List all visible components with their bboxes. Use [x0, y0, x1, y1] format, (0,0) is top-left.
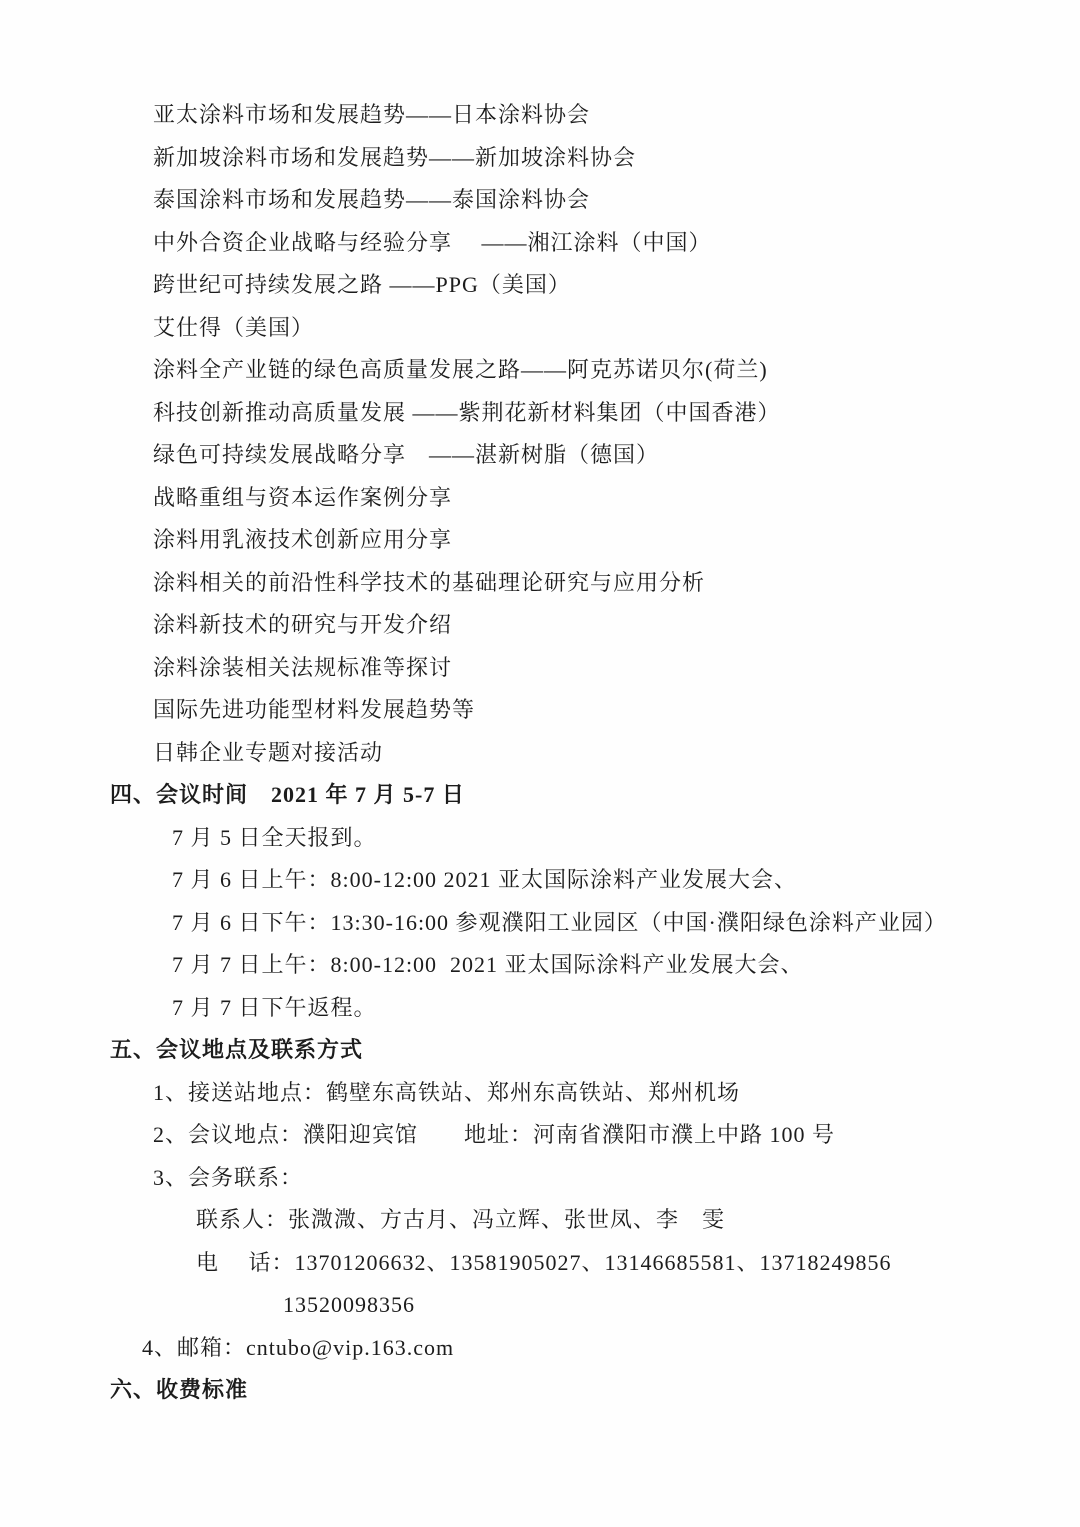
topic-line: 国际先进功能型材料发展趋势等 [0, 689, 1080, 732]
topic-line: 涂料全产业链的绿色高质量发展之路——阿克苏诺贝尔(荷兰) [0, 349, 1080, 392]
topic-line: 日韩企业专题对接活动 [0, 732, 1080, 775]
schedule-line: 7 月 6 日下午：13:30-16:00 参观濮阳工业园区（中国·濮阳绿色涂料… [0, 902, 1080, 945]
schedule-line: 7 月 7 日下午返程。 [0, 987, 1080, 1030]
document-content: 亚太涂料市场和发展趋势——日本涂料协会 新加坡涂料市场和发展趋势——新加坡涂料协… [0, 0, 1080, 1412]
topic-line: 跨世纪可持续发展之路 ——PPG（美国） [0, 264, 1080, 307]
topic-line: 涂料涂装相关法规标准等探讨 [0, 647, 1080, 690]
topic-line: 绿色可持续发展战略分享 ——湛新树脂（德国） [0, 434, 1080, 477]
section4-heading: 四、会议时间 2021 年 7 月 5-7 日 [0, 774, 1080, 817]
topic-line: 艾仕得（美国） [0, 307, 1080, 350]
venue-item: 2、会议地点：濮阳迎宾馆 地址：河南省濮阳市濮上中路 100 号 [0, 1114, 1080, 1157]
document-page: 亚太涂料市场和发展趋势——日本涂料协会 新加坡涂料市场和发展趋势——新加坡涂料协… [0, 0, 1080, 1527]
topic-line: 涂料新技术的研究与开发介绍 [0, 604, 1080, 647]
topic-line: 战略重组与资本运作案例分享 [0, 477, 1080, 520]
phone-numbers-continued: 13520098356 [0, 1284, 1080, 1327]
topic-line: 亚太涂料市场和发展趋势——日本涂料协会 [0, 94, 1080, 137]
venue-item: 1、接送站地点：鹤壁东高铁站、郑州东高铁站、郑州机场 [0, 1072, 1080, 1115]
section6-heading: 六、收费标准 [0, 1369, 1080, 1412]
topic-line: 中外合资企业战略与经验分享 ——湘江涂料（中国） [0, 222, 1080, 265]
schedule-line: 7 月 5 日全天报到。 [0, 817, 1080, 860]
schedule-line: 7 月 6 日上午：8:00-12:00 2021 亚太国际涂料产业发展大会、 [0, 859, 1080, 902]
venue-item: 3、会务联系： [0, 1157, 1080, 1200]
topic-line: 科技创新推动高质量发展 ——紫荆花新材料集团（中国香港） [0, 392, 1080, 435]
schedule-line: 7 月 7 日上午：8:00-12:00 2021 亚太国际涂料产业发展大会、 [0, 944, 1080, 987]
contact-persons-line: 联系人：张溦溦、方古月、冯立辉、张世凤、李 雯 [0, 1199, 1080, 1242]
topic-line: 涂料用乳液技术创新应用分享 [0, 519, 1080, 562]
topic-line: 新加坡涂料市场和发展趋势——新加坡涂料协会 [0, 137, 1080, 180]
topic-line: 泰国涂料市场和发展趋势——泰国涂料协会 [0, 179, 1080, 222]
topic-line: 涂料相关的前沿性科学技术的基础理论研究与应用分析 [0, 562, 1080, 605]
email-line: 4、邮箱：cntubo@vip.163.com [0, 1327, 1080, 1370]
section5-heading: 五、会议地点及联系方式 [0, 1029, 1080, 1072]
phone-numbers-line: 电 话：13701206632、13581905027、13146685581、… [0, 1242, 1080, 1285]
